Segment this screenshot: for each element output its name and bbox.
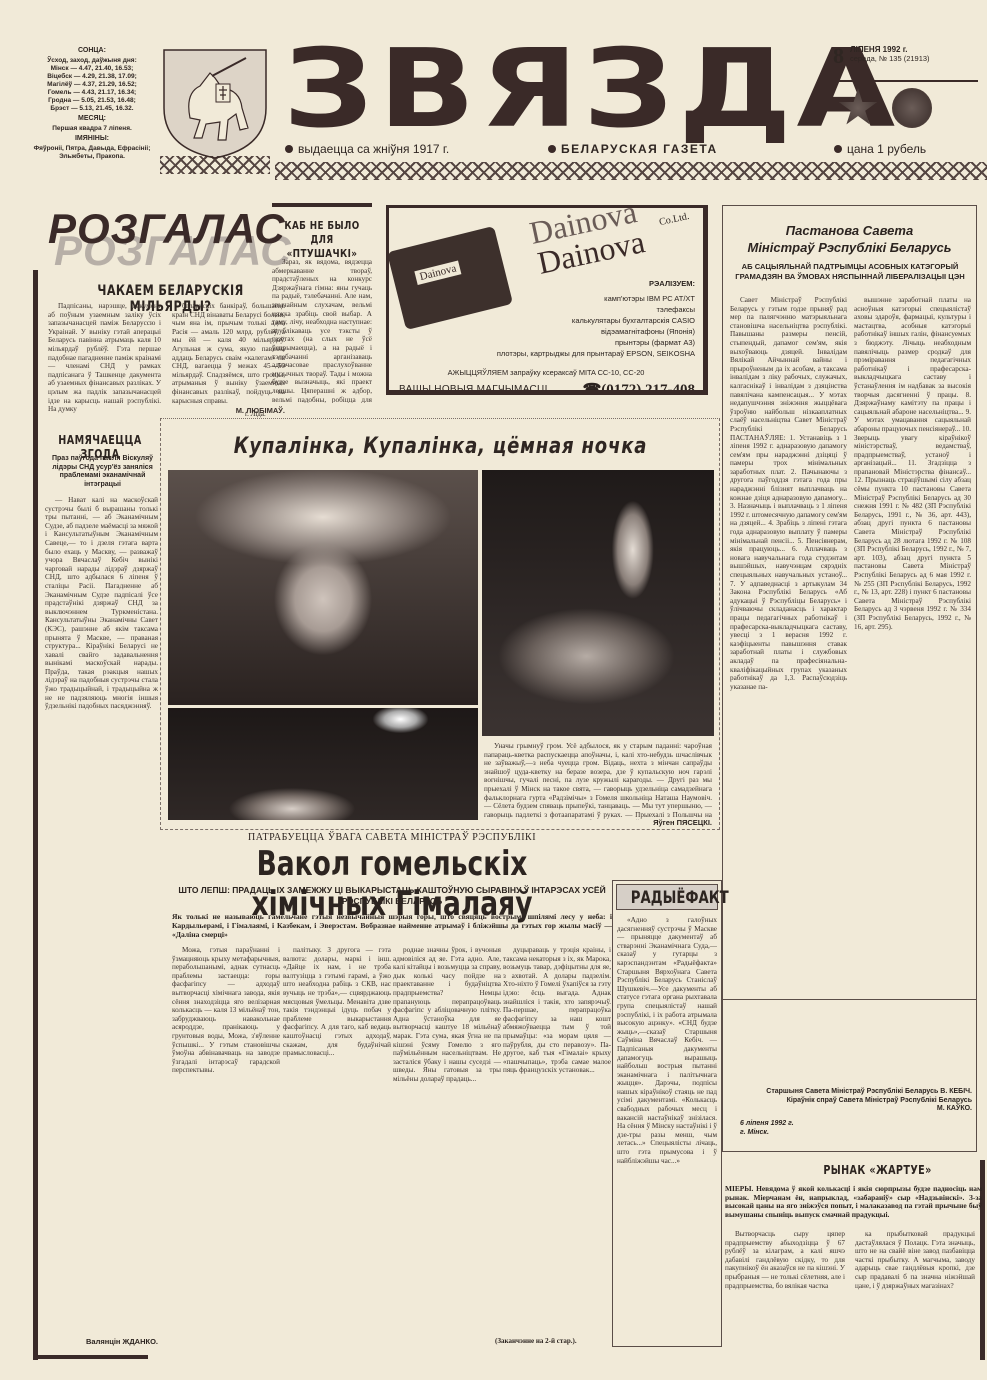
bullet-icon [548,145,556,153]
byline: Яўген ПЯСЕЦКІ. [484,818,712,827]
bullet-icon [285,145,293,153]
article-column: ка прыбытковай прадукцыі дастаўлялася ў … [855,1230,975,1360]
article-text: вышэнне заработнай платы на асноўныя кат… [854,296,971,631]
article-column: Вытворчасць сыру цяпер прадпрыемству абы… [725,1230,845,1360]
byline: Валянцін ЖДАНКО. [45,1337,158,1346]
ornament-border [275,162,987,180]
article-column: роднае значны ўрок, і вучоныя адмовіліся… [393,946,501,1331]
article-lead: МІЕРЫ. Невядома ў якой колькасці і якія … [725,1185,982,1219]
title-line: ДЛЯ «ПТУШАЧКІ» [282,233,362,261]
article-column: Зараз, як вядома, вядзецца абмеркаванне … [272,258,372,403]
phone-icon: ☎ [583,382,602,395]
photo-kupala-crowd [482,470,714,736]
article-text: «Адно з галоўных дасягненняў сустрэчы ў … [617,916,717,1165]
list-item: плотэры, картрыджы для прынтараў EPSON, … [497,348,695,359]
continued-note: (Заканчэнне на 2-й стар.). [495,1337,615,1345]
article-text: — Нават калі на маскоўскай сустрэчы былі… [45,496,158,711]
article-title: Купалінка, Купалінка, цёмная ночка [217,434,664,459]
subtitle-text: БЕЛАРУСКАЯ ГАЗЕТА [561,142,718,156]
founded-text: выдаецца са жніўня 1917 г. [298,142,449,156]
article-column: — Нават калі на маскоўскай сустрэчы былі… [45,496,158,1351]
date-month-year: ЛІПЕНЯ 1992 г. [833,45,983,54]
article-text: Уначы грымнуў гром. Усё адбылося, як у с… [484,742,712,820]
photo-girl-wreath [168,470,478,705]
sun-row: Брэст — 5.13, 21.45, 16.32. [28,105,156,113]
signature-line: Кіраўнік спраў Савета Міністраў Рэспублі… [732,1097,972,1106]
list-heading: РЭАЛІЗУЕМ: [497,278,695,289]
article-column: Савет Міністраў Рэспублікі Беларусь у гэ… [730,296,847,996]
photo-night-dance [168,708,478,820]
names-heading: ІМЯНІНЫ: [28,135,156,143]
moon-heading: МЕСЯЦ: [28,115,156,123]
column-rule [33,1355,148,1359]
article-column: «Адно з галоўных дасягненняў сустрэчы ў … [617,916,717,1341]
article-column: Падпісаны, нарэшце, дакумент аб поўным у… [48,302,161,415]
decree-signatures: Старшыня Савета Міністраў Рэспублікі Бел… [732,1088,972,1114]
bullet-icon [834,145,842,153]
place-line: г. Мінск. [740,1129,860,1138]
service-text: АЖЫЦЦЯЎЛЯЕМ запраўку ксераксаў MITA CC-1… [389,368,703,377]
radiofakt-title: РАДЫЁФАКТ [616,884,718,910]
article-column: палітыку. З другога — гэта валюта: долар… [283,946,391,1331]
article-text: беларускіх банкіраў, большасць краін СНД… [172,302,285,405]
pahonia-crest-icon [160,48,270,168]
decree-subtitle: АБ САЦЫЯЛЬНАЙ ПАДТРЫМЦЫ АСОБНЫХ КАТЭГОРЫ… [735,262,965,282]
article-column: Уначы грымнуў гром. Усё адбылося, як у с… [484,742,712,820]
sun-row: Гомель — 4.43, 21.17, 16.34; [28,89,156,97]
list-item: калькулятары бухгалтарскія CASIO [497,315,695,326]
article-subtitle: ШТО ЛЕПШ: ПРАДАЦЬ ІХ ЗАМЕЖЖУ ЦІ ВЫКАРЫСТ… [172,885,612,907]
article-column: вышэнне заработнай платы на асноўныя кат… [854,296,971,996]
decree-date: 6 ліпеня 1992 г. г. Мінск. [740,1120,860,1137]
issue-number: серада, № 135 (21913) [833,54,983,63]
article-lead: Праз паўгода пасля Віскуляў лідэры СНД у… [50,455,155,489]
article-text: Можа, гэтыя параўнанні і ўзмацняюць крых… [172,946,280,1075]
article-text: палітыку. З другога — гэта валюта: долар… [283,946,391,1058]
article-text: Савет Міністраў Рэспублікі Беларусь у гэ… [730,296,847,691]
list-item: прынтэры (фармат А3) [497,337,695,348]
sun-heading: СОНЦА: [28,47,156,55]
moon-text: Першая квадра 7 ліпеня. [28,125,156,133]
article-text: Падпісаны, нарэшце, дакумент аб поўным у… [48,302,161,414]
article-text: Вытворчасць сыру цяпер прадпрыемству абы… [725,1230,845,1290]
title-text: РАДЫЁФАКТ [631,885,729,911]
article-title: РЫНАК «ЖАРТУЕ» [792,1163,964,1177]
date-day: 8 [833,45,844,67]
order-star-icon [838,88,878,128]
list-item: відэамагнітафоны (Японія) [497,326,695,337]
phone-number: ☎(0172) 217-408 [583,380,695,395]
title-line: КАБ НЕ БЫЛО [282,219,362,233]
article-text: дуцыраваць у трэція краіны, і таксама не… [503,946,611,1075]
article-kicker: ПАТРАБУЕЦЦА ЎВАГА САВЕТА МІНІСТРАЎ РЭСПУ… [172,832,612,843]
title-line: Пастанова Савета [722,222,977,239]
list-item: камп'ютэры IBM PC AT/XT [497,293,695,304]
column-rule [33,270,38,1360]
almanac: СОНЦА: Ўсход, заход, даўжыня дня: Мінск … [28,45,156,161]
date-line: 6 ліпеня 1992 г. [740,1120,860,1129]
sun-row: Мінск — 4.47, 21.40, 16.53; [28,65,156,73]
title-line: Міністраў Рэспублікі Беларусь [722,239,977,256]
article-column: Можа, гэтыя параўнанні і ўзмацняюць крых… [172,946,280,1331]
order-medals [838,80,978,128]
article-text: Зараз, як вядома, вядзецца абмеркаванне … [272,258,372,403]
signature-line: Старшыня Савета Міністраў Рэспублікі Бел… [732,1088,972,1097]
briefcase-icon: Dainova [387,226,513,330]
order-badge-icon [892,88,932,128]
sun-row: Віцебск — 4.29, 21.38, 17.09; [28,73,156,81]
names-text: Фяўроніі, Пятра, Давыда, Ефрасініі; Эльж… [28,145,156,161]
dainova-advertisement: Dainova Dainova Dainova Co.Ltd. РЭАЛІЗУЕ… [386,205,708,395]
column-rule [272,203,372,207]
article-text: роднае значны ўрок, і вучоныя адмовіліся… [393,946,501,1084]
article-column: дуцыраваць у трэція краіны, і таксама не… [503,946,611,1326]
price-tagline: цана 1 рубель [834,142,926,156]
signature-line: М. КАЎКО. [732,1105,972,1114]
rubric-label: РОЗГАЛАС [48,205,286,253]
sun-row: Гродна — 5.05, 21.53, 16.48; [28,97,156,105]
byline-place: г. Ліда. [245,410,266,418]
ad-slogan: ВАШЫ НОВЫЯ МАГЧЫМАСЦІ [399,384,548,395]
brand-suffix: Co.Ltd. [658,211,690,228]
decree-title: Пастанова Савета Міністраў Рэспублікі Бе… [722,222,977,256]
byline: М. ЛЮБІМАЎ. [172,407,285,416]
list-item: тэлефаксы [497,304,695,315]
contact-row: ВАШЫ НОВЫЯ МАГЧЫМАСЦІ ☎(0172) 217-408 [399,380,695,395]
ornament-border [160,156,270,174]
subtitle-tagline: БЕЛАРУСКАЯ ГАЗЕТА [548,142,718,156]
sun-row: Магілёў — 4.37, 21.29, 16.52; [28,81,156,89]
sun-caption: Ўсход, заход, даўжыня дня: [28,57,156,65]
phone-text: (0172) 217-408 [601,382,695,395]
product-list: РЭАЛІЗУЕМ: камп'ютэры IBM PC AT/XT тэлеф… [497,278,695,359]
founded-tagline: выдаецца са жніўня 1917 г. [285,142,449,156]
article-title: КАБ НЕ БЫЛО ДЛЯ «ПТУШАЧКІ» [282,219,362,261]
article-lead: Як толькі не называюць гамельчане гэтыя … [172,912,612,939]
article-column: беларускіх банкіраў, большасць краін СНД… [172,302,285,416]
article-text: ка прыбытковай прадукцыі дастаўлялася ў … [855,1230,975,1290]
date-block: 8 ЛІПЕНЯ 1992 г. серада, № 135 (21913) [833,45,983,67]
rozgalas-rubric: РОЗГАЛАС РОЗГАЛАС [48,205,278,275]
price-text: цана 1 рубель [847,142,926,156]
briefcase-label: Dainova [414,260,461,285]
